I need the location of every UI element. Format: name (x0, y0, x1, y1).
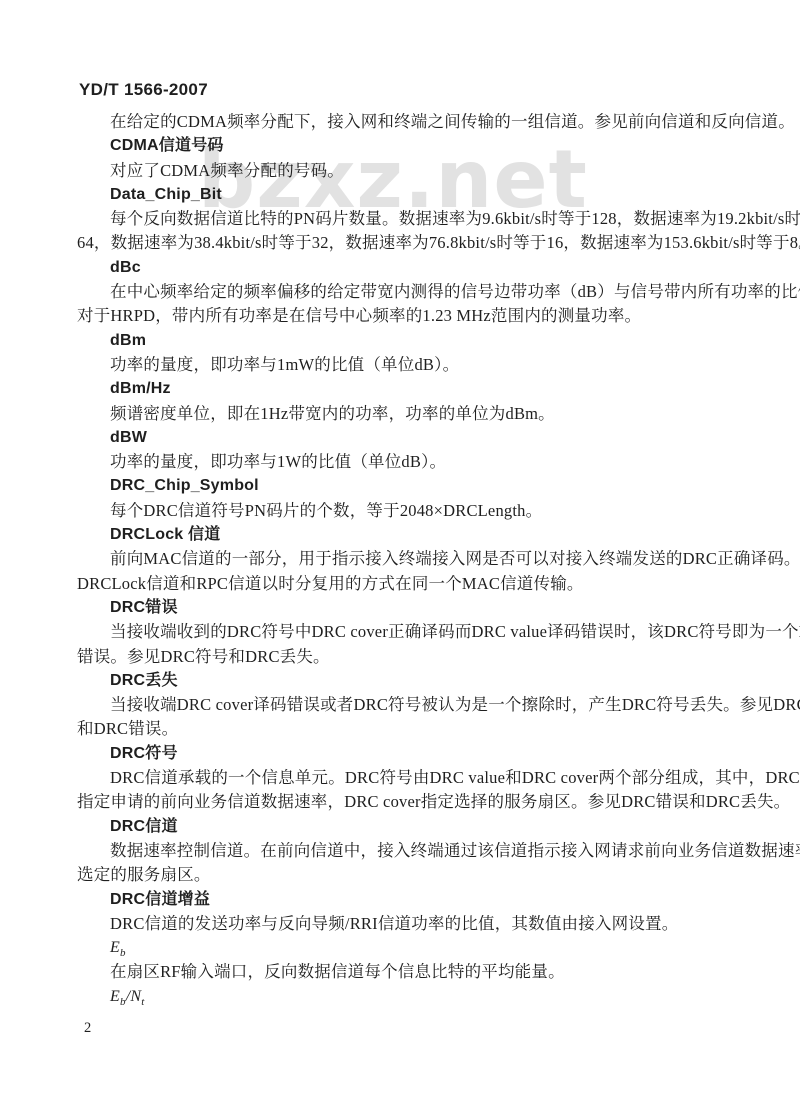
page-number: 2 (84, 1020, 91, 1037)
definition-line: 对应了CDMA频率分配的号码。 (77, 159, 752, 183)
term-heading: dBm/Hz (77, 377, 752, 401)
term-heading: DRC符号 (77, 742, 752, 766)
term-heading: DRC错误 (77, 596, 752, 620)
definition-line: 前向MAC信道的一部分，用于指示接入终端接入网是否可以对接入终端发送的DRC正确… (77, 547, 752, 571)
definition-line: 在给定的CDMA频率分配下，接入网和终端之间传输的一组信道。参见前向信道和反向信… (77, 110, 752, 134)
definition-line-continued: 和DRC错误。 (77, 717, 752, 741)
definition-line-continued: 对于HRPD，带内所有功率是在信号中心频率的1.23 MHz范围内的测量功率。 (77, 304, 752, 328)
document-standard-number: YD/T 1566-2007 (79, 80, 208, 100)
definition-line-continued: 指定申请的前向业务信道数据速率，DRC cover指定选择的服务扇区。参见DRC… (77, 790, 752, 814)
definition-line: 在扇区RF输入端口，反向数据信道每个信息比特的平均能量。 (77, 960, 752, 984)
definition-line: 频谱密度单位，即在1Hz带宽内的功率，功率的单位为dBm。 (77, 402, 752, 426)
definition-line: 功率的量度，即功率与1mW的比值（单位dB）。 (77, 353, 752, 377)
term-heading: DRC信道增益 (77, 888, 752, 912)
term-heading: DRC信道 (77, 815, 752, 839)
definition-line-continued: DRCLock信道和RPC信道以时分复用的方式在同一个MAC信道传输。 (77, 572, 752, 596)
definition-line-continued: 选定的服务扇区。 (77, 863, 752, 887)
term-heading: CDMA信道号码 (77, 134, 752, 158)
term-heading: dBm (77, 329, 752, 353)
term-heading: Data_Chip_Bit (77, 183, 752, 207)
term-heading: dBc (77, 256, 752, 280)
definition-line: 当接收端收到的DRC符号中DRC cover正确译码而DRC value译码错误… (77, 620, 752, 644)
document-body: 在给定的CDMA频率分配下，接入网和终端之间传输的一组信道。参见前向信道和反向信… (77, 110, 752, 1009)
definition-line: 数据速率控制信道。在前向信道中，接入终端通过该信道指示接入网请求前向业务信道数据… (77, 839, 752, 863)
term-heading: dBW (77, 426, 752, 450)
definition-line: 每个DRC信道符号PN码片的个数，等于2048×DRCLength。 (77, 499, 752, 523)
definition-line: DRC信道承载的一个信息单元。DRC符号由DRC value和DRC cover… (77, 766, 752, 790)
scanned-document-page: bzxz.net YD/T 1566-2007 在给定的CDMA频率分配下，接入… (0, 0, 800, 1097)
definition-line: 每个反向数据信道比特的PN码片数量。数据速率为9.6kbit/s时等于128，数… (77, 207, 752, 231)
definition-line-continued: 64，数据速率为38.4kbit/s时等于32，数据速率为76.8kbit/s时… (77, 231, 752, 255)
definition-line: 功率的量度，即功率与1W的比值（单位dB）。 (77, 450, 752, 474)
term-heading: DRC丢失 (77, 669, 752, 693)
formula-term: Eb (77, 936, 752, 960)
term-heading: DRCLock 信道 (77, 523, 752, 547)
formula-term: Eb/Nt (77, 985, 752, 1009)
definition-line: DRC信道的发送功率与反向导频/RRI信道功率的比值，其数值由接入网设置。 (77, 912, 752, 936)
definition-line: 在中心频率给定的频率偏移的给定带宽内测得的信号边带功率（dB）与信号带内所有功率… (77, 280, 752, 304)
term-heading: DRC_Chip_Symbol (77, 474, 752, 498)
definition-line: 当接收端DRC cover译码错误或者DRC符号被认为是一个擦除时，产生DRC符… (77, 693, 752, 717)
definition-line-continued: 错误。参见DRC符号和DRC丢失。 (77, 645, 752, 669)
